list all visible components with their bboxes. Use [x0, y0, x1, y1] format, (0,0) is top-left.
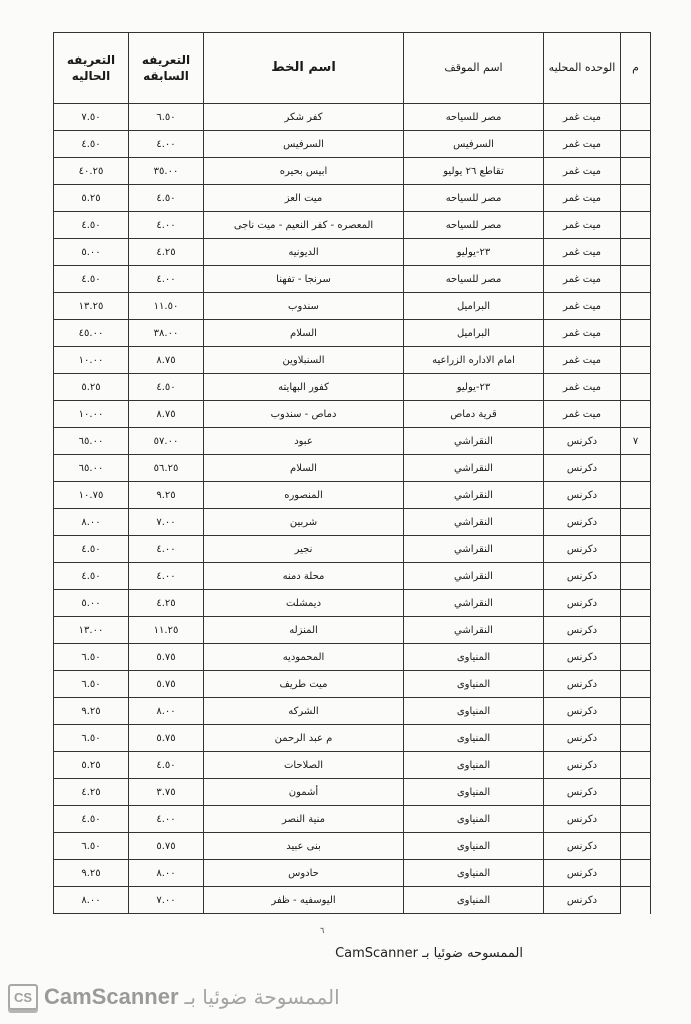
row-index-cell: [621, 104, 651, 131]
station-name-cell: المنياوى: [404, 887, 544, 914]
current-fare-cell: ٦٥.٠٠: [54, 428, 129, 455]
current-fare-cell: ٦٥.٠٠: [54, 455, 129, 482]
header-index: م: [621, 33, 651, 104]
previous-fare-cell: ٨.٧٥: [129, 401, 204, 428]
current-fare-cell: ٤٠.٢٥: [54, 158, 129, 185]
station-name-cell: النقراشي: [404, 428, 544, 455]
previous-fare-cell: ٨.٧٥: [129, 347, 204, 374]
table-row: دكرنسالمنياوىميت طريف٥.٧٥٦.٥٠: [54, 671, 651, 698]
current-fare-cell: ٦.٥٠: [54, 671, 129, 698]
line-name-cell: الديونيه: [204, 239, 404, 266]
local-unit-cell: ميت غمر: [544, 266, 621, 293]
row-index-cell: [621, 536, 651, 563]
line-name-cell: المنصوره: [204, 482, 404, 509]
header-previous-fare: التعريفه السابقه: [129, 33, 204, 104]
row-index-cell: [621, 671, 651, 698]
previous-fare-cell: ٥.٧٥: [129, 833, 204, 860]
line-name-cell: محلة دمنه: [204, 563, 404, 590]
current-fare-cell: ٨.٠٠: [54, 887, 129, 914]
header-station-name: اسم الموقف: [404, 33, 544, 104]
station-name-cell: المنياوى: [404, 833, 544, 860]
table-row: دكرنسالمنياوىالمحموديه٥.٧٥٦.٥٠: [54, 644, 651, 671]
table-row: ميت غمرقرية دماصدماص - سندوب٨.٧٥١٠.٠٠: [54, 401, 651, 428]
station-name-cell: النقراشي: [404, 509, 544, 536]
local-unit-cell: دكرنس: [544, 725, 621, 752]
table-row: دكرنسالمنياوىاليوسفيه - ظفر٧.٠٠٨.٠٠: [54, 887, 651, 914]
previous-fare-cell: ٤.٠٠: [129, 563, 204, 590]
table-row: ميت غمرتقاطع ٢٦ يوليوابيس بحيره٣٥.٠٠٤٠.٢…: [54, 158, 651, 185]
current-fare-cell: ٤٥.٠٠: [54, 320, 129, 347]
previous-fare-cell: ٦.٥٠: [129, 104, 204, 131]
table-row: دكرنسالمنياوىالشركه٨.٠٠٩.٢٥: [54, 698, 651, 725]
scanned-document-page: م الوحده المحليه اسم الموقف اسم الخط الت…: [0, 0, 691, 1024]
local-unit-cell: ميت غمر: [544, 239, 621, 266]
current-fare-cell: ١٣.٢٥: [54, 293, 129, 320]
station-name-cell: النقراشي: [404, 563, 544, 590]
previous-fare-cell: ٣.٧٥: [129, 779, 204, 806]
table-row: ميت غمرمصر للسياحهكفر شكر٦.٥٠٧.٥٠: [54, 104, 651, 131]
station-name-cell: ٢٣-يوليو: [404, 374, 544, 401]
table-row: ٧دكرنسالنقراشيعبود٥٧.٠٠٦٥.٠٠: [54, 428, 651, 455]
local-unit-cell: دكرنس: [544, 698, 621, 725]
row-index-cell: [621, 293, 651, 320]
local-unit-cell: دكرنس: [544, 590, 621, 617]
table-row: ميت غمرمصر للسياحهالمعصره - كفر النعيم -…: [54, 212, 651, 239]
row-index-cell: [621, 779, 651, 806]
previous-fare-cell: ٣٨.٠٠: [129, 320, 204, 347]
current-fare-cell: ٤.٥٠: [54, 212, 129, 239]
line-name-cell: ديمشلت: [204, 590, 404, 617]
current-fare-cell: ٥.٠٠: [54, 590, 129, 617]
local-unit-cell: دكرنس: [544, 833, 621, 860]
row-index-cell: [621, 644, 651, 671]
previous-fare-cell: ٤.٠٠: [129, 536, 204, 563]
current-fare-cell: ٤.٥٠: [54, 536, 129, 563]
local-unit-cell: ميت غمر: [544, 104, 621, 131]
local-unit-cell: دكرنس: [544, 779, 621, 806]
previous-fare-cell: ٥٧.٠٠: [129, 428, 204, 455]
previous-fare-cell: ١١.٥٠: [129, 293, 204, 320]
local-unit-cell: ميت غمر: [544, 131, 621, 158]
line-name-cell: الصلاحات: [204, 752, 404, 779]
row-index-cell: [621, 833, 651, 860]
row-index-cell: [621, 347, 651, 374]
local-unit-cell: دكرنس: [544, 860, 621, 887]
station-name-cell: المنياوى: [404, 752, 544, 779]
table-row: دكرنسالنقراشيالمنصوره٩.٢٥١٠.٧٥: [54, 482, 651, 509]
local-unit-cell: ميت غمر: [544, 320, 621, 347]
local-unit-cell: دكرنس: [544, 617, 621, 644]
current-fare-cell: ٨.٠٠: [54, 509, 129, 536]
row-index-cell: [621, 860, 651, 887]
header-local-unit: الوحده المحليه: [544, 33, 621, 104]
camscanner-logo-icon: CS: [8, 984, 38, 1010]
local-unit-cell: ميت غمر: [544, 347, 621, 374]
table-row: دكرنسالنقراشيمحلة دمنه٤.٠٠٤.٥٠: [54, 563, 651, 590]
current-fare-cell: ٥.٢٥: [54, 185, 129, 212]
station-name-cell: المنياوى: [404, 644, 544, 671]
table-row: دكرنسالمنياوىبنى عبيد٥.٧٥٦.٥٠: [54, 833, 651, 860]
previous-fare-cell: ٤.٠٠: [129, 806, 204, 833]
station-name-cell: مصر للسياحه: [404, 185, 544, 212]
previous-fare-cell: ٥٦.٢٥: [129, 455, 204, 482]
row-index-cell: [621, 401, 651, 428]
line-name-cell: م عبد الرحمن: [204, 725, 404, 752]
current-fare-cell: ٥.٢٥: [54, 374, 129, 401]
station-name-cell: المنياوى: [404, 779, 544, 806]
local-unit-cell: دكرنس: [544, 482, 621, 509]
table-row: ميت غمرالبراميلسندوب١١.٥٠١٣.٢٥: [54, 293, 651, 320]
table-row: دكرنسالمنياوىمنية النصر٤.٠٠٤.٥٠: [54, 806, 651, 833]
station-name-cell: المنياوى: [404, 698, 544, 725]
watermark-brand: CamScanner: [44, 984, 179, 1010]
previous-fare-cell: ٥.٧٥: [129, 725, 204, 752]
row-index-cell: [621, 320, 651, 347]
line-name-cell: السلام: [204, 455, 404, 482]
station-name-cell: البراميل: [404, 320, 544, 347]
current-fare-cell: ٥.٢٥: [54, 752, 129, 779]
previous-fare-cell: ٤.٢٥: [129, 239, 204, 266]
station-name-cell: المنياوى: [404, 671, 544, 698]
previous-fare-cell: ٤.٢٥: [129, 590, 204, 617]
local-unit-cell: ميت غمر: [544, 374, 621, 401]
row-index-cell: [621, 698, 651, 725]
row-index-cell: [621, 212, 651, 239]
local-unit-cell: ميت غمر: [544, 401, 621, 428]
line-name-cell: المنزله: [204, 617, 404, 644]
table-row: دكرنسالمنياوىأشمون٣.٧٥٤.٢٥: [54, 779, 651, 806]
local-unit-cell: ميت غمر: [544, 185, 621, 212]
watermark-arabic: الممسوحة ضوئيا بـ: [185, 985, 340, 1009]
station-name-cell: تقاطع ٢٦ يوليو: [404, 158, 544, 185]
previous-fare-cell: ٧.٠٠: [129, 509, 204, 536]
row-index-cell: [621, 482, 651, 509]
current-fare-cell: ٤.٥٠: [54, 266, 129, 293]
current-fare-cell: ٤.٢٥: [54, 779, 129, 806]
table-row: دكرنسالمنياوىم عبد الرحمن٥.٧٥٦.٥٠: [54, 725, 651, 752]
table-row: دكرنسالمنياوىحادوس٨.٠٠٩.٢٥: [54, 860, 651, 887]
current-fare-cell: ٦.٥٠: [54, 833, 129, 860]
table-row: ميت غمرالبراميلالسلام٣٨.٠٠٤٥.٠٠: [54, 320, 651, 347]
row-index-cell: [621, 374, 651, 401]
line-name-cell: عبود: [204, 428, 404, 455]
local-unit-cell: ميت غمر: [544, 212, 621, 239]
current-fare-cell: ١٠.٠٠: [54, 347, 129, 374]
row-index-cell: [621, 131, 651, 158]
row-index-cell: [621, 806, 651, 833]
current-fare-cell: ٩.٢٥: [54, 860, 129, 887]
previous-fare-cell: ٤.٠٠: [129, 212, 204, 239]
row-index-cell: [621, 266, 651, 293]
line-name-cell: ميت طريف: [204, 671, 404, 698]
current-fare-cell: ٦.٥٠: [54, 725, 129, 752]
station-name-cell: المنياوى: [404, 725, 544, 752]
local-unit-cell: دكرنس: [544, 428, 621, 455]
row-index-cell: [621, 590, 651, 617]
table-row: ميت غمر٢٣-يوليوالديونيه٤.٢٥٥.٠٠: [54, 239, 651, 266]
local-unit-cell: دكرنس: [544, 563, 621, 590]
station-name-cell: النقراشي: [404, 482, 544, 509]
line-name-cell: اليوسفيه - ظفر: [204, 887, 404, 914]
previous-fare-cell: ٣٥.٠٠: [129, 158, 204, 185]
previous-fare-cell: ٤.٠٠: [129, 266, 204, 293]
previous-fare-cell: ٨.٠٠: [129, 860, 204, 887]
table-row: ميت غمرالسرفيسالسرفيس٤.٠٠٤.٥٠: [54, 131, 651, 158]
table-row: دكرنسالنقراشيالسلام٥٦.٢٥٦٥.٠٠: [54, 455, 651, 482]
local-unit-cell: ميت غمر: [544, 293, 621, 320]
previous-fare-cell: ٨.٠٠: [129, 698, 204, 725]
line-name-cell: سندوب: [204, 293, 404, 320]
line-name-cell: ميت العز: [204, 185, 404, 212]
station-name-cell: مصر للسياحه: [404, 104, 544, 131]
line-name-cell: نجير: [204, 536, 404, 563]
current-fare-cell: ٥.٠٠: [54, 239, 129, 266]
table-row: دكرنسالنقراشينجير٤.٠٠٤.٥٠: [54, 536, 651, 563]
table-row: ميت غمرامام الاداره الزراعيهالسنبلاوين٨.…: [54, 347, 651, 374]
row-index-cell: [621, 887, 651, 914]
station-name-cell: النقراشي: [404, 455, 544, 482]
header-line-name: اسم الخط: [204, 33, 404, 104]
line-name-cell: حادوس: [204, 860, 404, 887]
line-name-cell: بنى عبيد: [204, 833, 404, 860]
previous-fare-cell: ١١.٢٥: [129, 617, 204, 644]
current-fare-cell: ٤.٥٠: [54, 806, 129, 833]
scan-note: الممسوحه ضوئيا بـ CamScanner: [335, 946, 523, 961]
camscanner-watermark: CS CamScanner الممسوحة ضوئيا بـ: [8, 984, 340, 1010]
line-name-cell: المحموديه: [204, 644, 404, 671]
local-unit-cell: دكرنس: [544, 671, 621, 698]
current-fare-cell: ٤.٥٠: [54, 563, 129, 590]
line-name-cell: السنبلاوين: [204, 347, 404, 374]
station-name-cell: امام الاداره الزراعيه: [404, 347, 544, 374]
row-index-cell: [621, 158, 651, 185]
previous-fare-cell: ٤.٥٠: [129, 752, 204, 779]
line-name-cell: المعصره - كفر النعيم - ميت ناجى: [204, 212, 404, 239]
local-unit-cell: دكرنس: [544, 806, 621, 833]
header-current-fare: التعريفه الحاليه: [54, 33, 129, 104]
table-row: دكرنسالنقراشيشربين٧.٠٠٨.٠٠: [54, 509, 651, 536]
row-index-cell: [621, 752, 651, 779]
row-index-cell: [621, 725, 651, 752]
line-name-cell: الشركه: [204, 698, 404, 725]
row-index-cell: [621, 617, 651, 644]
row-index-cell: [621, 185, 651, 212]
current-fare-cell: ١٠.٠٠: [54, 401, 129, 428]
station-name-cell: المنياوى: [404, 860, 544, 887]
current-fare-cell: ٤.٥٠: [54, 131, 129, 158]
previous-fare-cell: ٤.٠٠: [129, 131, 204, 158]
line-name-cell: شربين: [204, 509, 404, 536]
line-name-cell: ابيس بحيره: [204, 158, 404, 185]
station-name-cell: النقراشي: [404, 536, 544, 563]
line-name-cell: سرنجا - تفهنا: [204, 266, 404, 293]
station-name-cell: النقراشي: [404, 590, 544, 617]
table-row: ميت غمرمصر للسياحهميت العز٤.٥٠٥.٢٥: [54, 185, 651, 212]
row-index-cell: [621, 239, 651, 266]
local-unit-cell: دكرنس: [544, 509, 621, 536]
table-header-row: م الوحده المحليه اسم الموقف اسم الخط الت…: [54, 33, 651, 104]
current-fare-cell: ١٣.٠٠: [54, 617, 129, 644]
previous-fare-cell: ٩.٢٥: [129, 482, 204, 509]
station-name-cell: النقراشي: [404, 617, 544, 644]
row-index-cell: ٧: [621, 428, 651, 455]
local-unit-cell: دكرنس: [544, 887, 621, 914]
current-fare-cell: ٧.٥٠: [54, 104, 129, 131]
line-name-cell: السرفيس: [204, 131, 404, 158]
table-row: دكرنسالنقراشيديمشلت٤.٢٥٥.٠٠: [54, 590, 651, 617]
local-unit-cell: دكرنس: [544, 455, 621, 482]
line-name-cell: كفر شكر: [204, 104, 404, 131]
local-unit-cell: دكرنس: [544, 536, 621, 563]
previous-fare-cell: ٥.٧٥: [129, 644, 204, 671]
table-row: دكرنسالنقراشيالمنزله١١.٢٥١٣.٠٠: [54, 617, 651, 644]
fare-table: م الوحده المحليه اسم الموقف اسم الخط الت…: [53, 32, 651, 914]
line-name-cell: كفور البهايته: [204, 374, 404, 401]
row-index-cell: [621, 455, 651, 482]
local-unit-cell: دكرنس: [544, 752, 621, 779]
current-fare-cell: ١٠.٧٥: [54, 482, 129, 509]
previous-fare-cell: ٤.٥٠: [129, 185, 204, 212]
row-index-cell: [621, 509, 651, 536]
station-name-cell: السرفيس: [404, 131, 544, 158]
line-name-cell: السلام: [204, 320, 404, 347]
current-fare-cell: ٩.٢٥: [54, 698, 129, 725]
station-name-cell: ٢٣-يوليو: [404, 239, 544, 266]
station-name-cell: مصر للسياحه: [404, 212, 544, 239]
line-name-cell: منية النصر: [204, 806, 404, 833]
current-fare-cell: ٦.٥٠: [54, 644, 129, 671]
previous-fare-cell: ٧.٠٠: [129, 887, 204, 914]
station-name-cell: المنياوى: [404, 806, 544, 833]
station-name-cell: البراميل: [404, 293, 544, 320]
previous-fare-cell: ٤.٥٠: [129, 374, 204, 401]
station-name-cell: مصر للسياحه: [404, 266, 544, 293]
page-number: ٦: [320, 926, 324, 935]
row-index-cell: [621, 563, 651, 590]
local-unit-cell: دكرنس: [544, 644, 621, 671]
station-name-cell: قرية دماص: [404, 401, 544, 428]
local-unit-cell: ميت غمر: [544, 158, 621, 185]
table-row: ميت غمرمصر للسياحهسرنجا - تفهنا٤.٠٠٤.٥٠: [54, 266, 651, 293]
line-name-cell: أشمون: [204, 779, 404, 806]
previous-fare-cell: ٥.٧٥: [129, 671, 204, 698]
line-name-cell: دماص - سندوب: [204, 401, 404, 428]
table-row: ميت غمر٢٣-يوليوكفور البهايته٤.٥٠٥.٢٥: [54, 374, 651, 401]
table-row: دكرنسالمنياوىالصلاحات٤.٥٠٥.٢٥: [54, 752, 651, 779]
